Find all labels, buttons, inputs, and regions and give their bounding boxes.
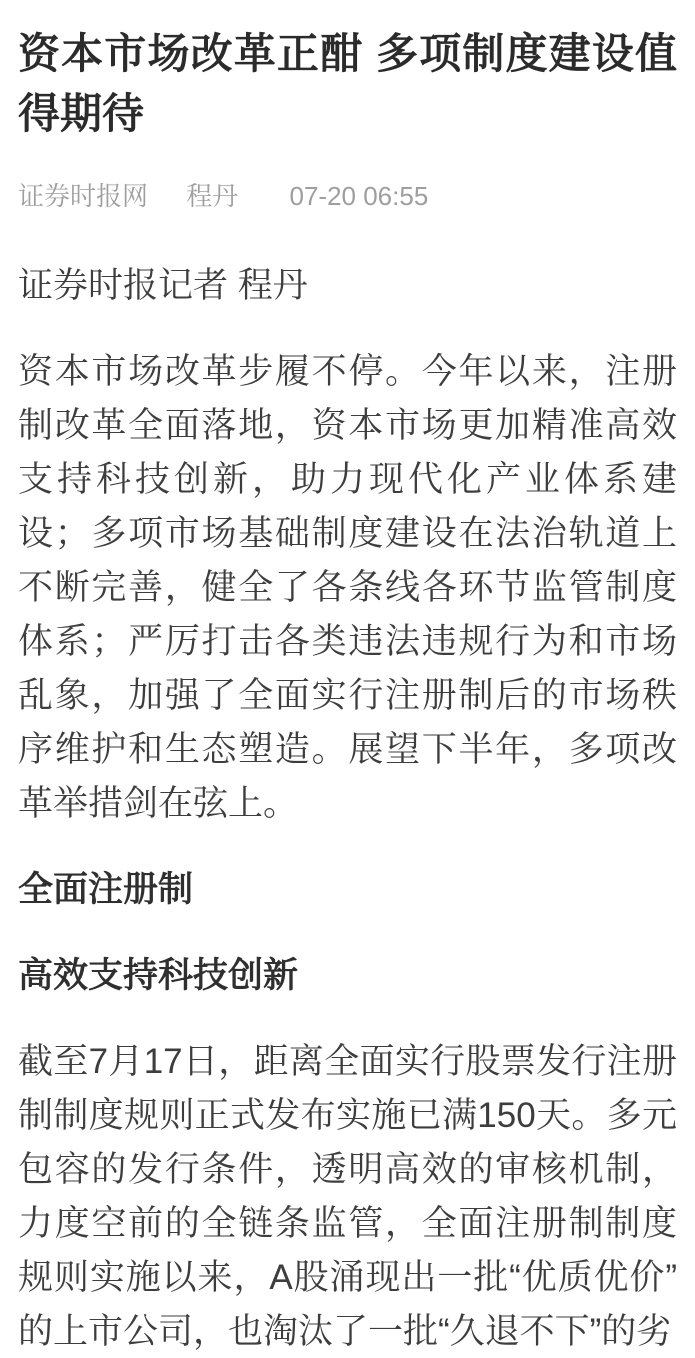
byline-publish-time: 07-20 06:55 (290, 181, 429, 211)
article-section-heading: 全面注册制 (18, 863, 677, 917)
article-paragraph: 资本市场改革步履不停。今年以来，注册制改革全面落地，资本市场更加精准高效支持科技… (18, 345, 677, 831)
article: 资本市场改革正酣 多项制度建设值得期待 证券时报网 程丹 07-20 06:55… (0, 0, 695, 1358)
article-title: 资本市场改革正酣 多项制度建设值得期待 (18, 24, 677, 144)
article-section-heading: 高效支持科技创新 (18, 949, 677, 1003)
article-body: 证券时报记者 程丹资本市场改革步履不停。今年以来，注册制改革全面落地，资本市场更… (18, 259, 677, 1358)
byline-source: 证券时报网 (18, 181, 148, 211)
byline: 证券时报网 程丹 07-20 06:55 (18, 177, 677, 216)
article-paragraph: 证券时报记者 程丹 (18, 259, 677, 313)
byline-author: 程丹 (186, 181, 238, 211)
article-paragraph: 截至7月17日，距离全面实行股票发行注册制制度规则正式发布实施已满150天。多元… (18, 1035, 677, 1358)
